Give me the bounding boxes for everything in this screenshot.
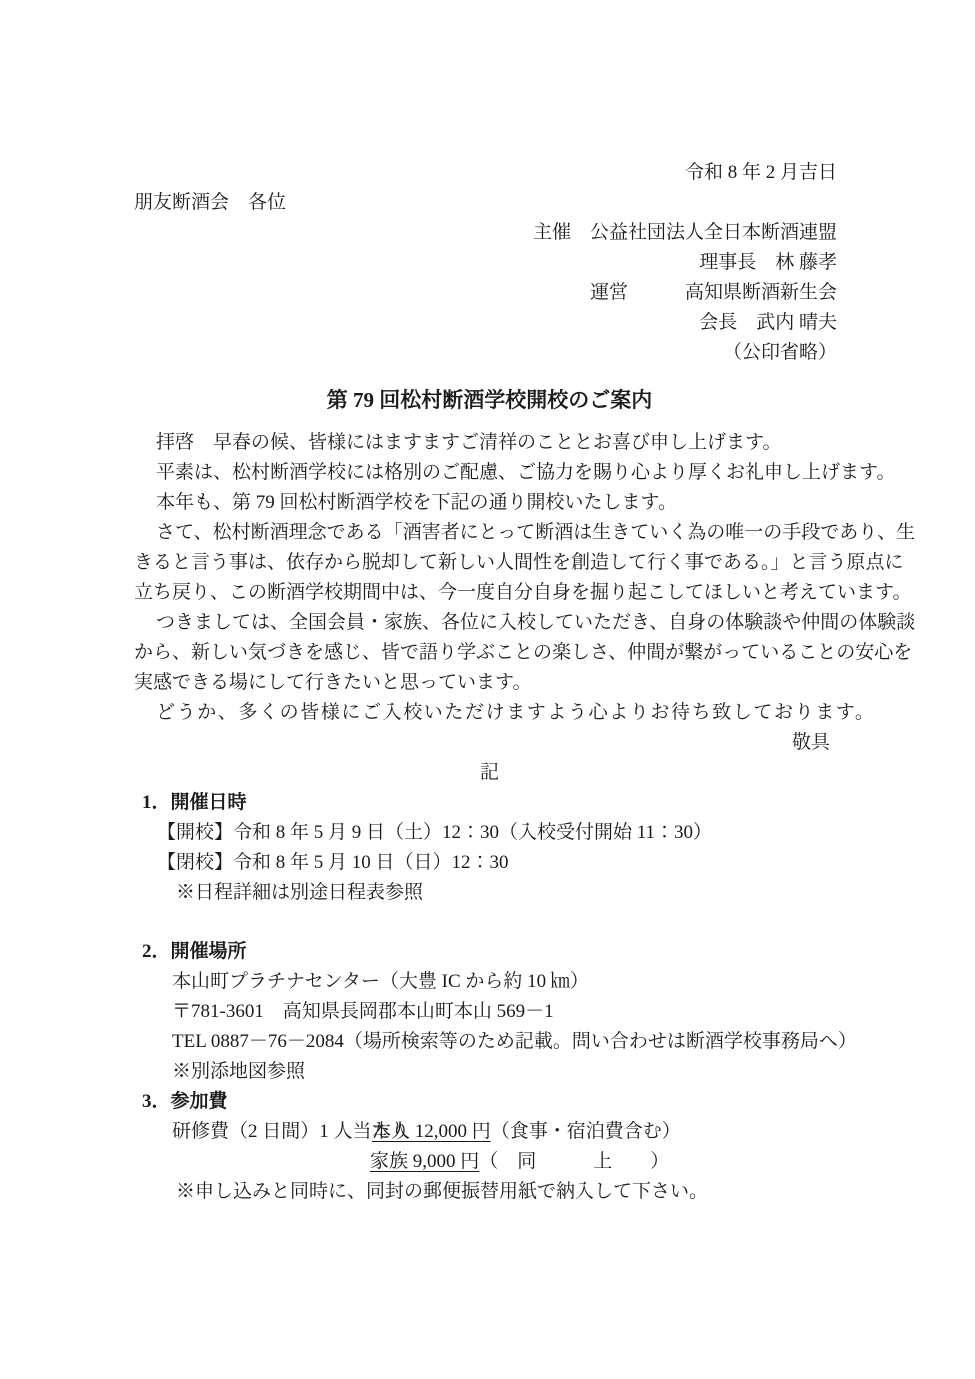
fee-amount-family: 家族 9,000 円	[370, 1151, 479, 1172]
section-item-opening: 【開校】令和 8 年 5 月 9 日（土）12：30（入校受付開始 11：30）	[157, 818, 845, 848]
section-item-venue-tel: TEL 0887－76－2084（場所検索等のため記載。問い合わせは断酒学校事務…	[172, 1027, 845, 1057]
sender-line-organizer: 主催 公益社団法人全日本断酒連盟	[134, 218, 837, 248]
section-item-closing: 【閉校】令和 8 年 5 月 10 日（日）12：30	[157, 848, 845, 878]
section-item-venue-name: 本山町プラチナセンター（大豊 IC から約 10 ㎞）	[172, 967, 845, 997]
body-line: 平素は、松村断酒学校には格別のご配慮、ご協力を賜り心より厚くお礼申し上げます。	[134, 458, 845, 488]
section-header-fee: 3．参加費	[142, 1087, 845, 1117]
body-line: から、新しい気づきを感じ、皆で語り学ぶことの楽しさ、仲間が繋がっていることの安心…	[134, 638, 845, 668]
body-line: どうか、多くの皆様にご入校いただけますよう心よりお待ち致しております。	[134, 698, 845, 728]
fee-self-suffix: （食事・宿泊費含む）	[491, 1121, 681, 1142]
section-note-map: ※別添地図参照	[172, 1057, 845, 1087]
sender-line-operator: 運営 高知県断酒新生会	[134, 278, 837, 308]
section-item-venue-address: 〒781-3601 高知県長岡郡本山町本山 569－1	[172, 997, 845, 1027]
body-line: きると言う事は、依存から脱却して新しい人間性を創造して行く事である。」と言う原点…	[134, 548, 845, 578]
body-line: さて、松村断酒理念である「酒害者にとって断酒は生きていく為の唯一の手段であり、生	[134, 518, 845, 548]
section-note-schedule: ※日程詳細は別途日程表参照	[176, 878, 845, 908]
body-line: つきましては、全国会員・家族、各位に入校していただき、自身の体験談や仲間の体験談	[134, 608, 845, 638]
body-line: 実感できる場にして行きたいと思っています。	[134, 668, 845, 698]
date-line: 令和 8 年 2 月吉日	[134, 158, 845, 188]
section-header-datetime: 1．開催日時	[142, 788, 845, 818]
sender-block: 主催 公益社団法人全日本断酒連盟 理事長 林 藤孝 運営 高知県断酒新生会 会長…	[134, 218, 845, 368]
sender-line-seal-omitted: （公印省略）	[134, 338, 837, 368]
body-line: 拝啓 早春の候、皆様にはますますご清祥のこととお喜び申し上げます。	[134, 428, 845, 458]
section-header-venue: 2．開催場所	[142, 937, 845, 967]
fee-line-family: 家族 9,000 円（ 同 上 ）	[370, 1147, 845, 1177]
document-title: 第 79 回松村断酒学校開校のご案内	[134, 385, 845, 415]
fee-family-suffix: （ 同 上 ）	[479, 1151, 669, 1172]
fee-line-self: 研修費（2 日間）1 人当たり本人 12,000 円（食事・宿泊費含む）	[172, 1117, 845, 1147]
fee-amount-self: 本人 12,000 円	[372, 1121, 491, 1142]
sender-line-chairman: 理事長 林 藤孝	[134, 248, 837, 278]
record-marker: 記	[134, 758, 845, 788]
document-page: 令和 8 年 2 月吉日 朋友断酒会 各位 主催 公益社団法人全日本断酒連盟 理…	[0, 0, 975, 1379]
fee-payment-note: ※申し込みと同時に、同封の郵便振替用紙で納入して下さい。	[176, 1177, 845, 1207]
sender-line-president: 会長 武内 晴夫	[134, 308, 837, 338]
body-line: 本年も、第 79 回松村断酒学校を下記の通り開校いたします。	[134, 488, 845, 518]
body-line: 立ち戻り、この断酒学校期間中は、今一度自分自身を掘り起こしてほしいと考えています…	[134, 578, 845, 608]
fee-label: 研修費（2 日間）1 人当たり	[172, 1117, 372, 1147]
closing-keigu: 敬具	[134, 728, 845, 758]
section-spacer	[134, 908, 845, 937]
recipient-line: 朋友断酒会 各位	[134, 188, 845, 218]
